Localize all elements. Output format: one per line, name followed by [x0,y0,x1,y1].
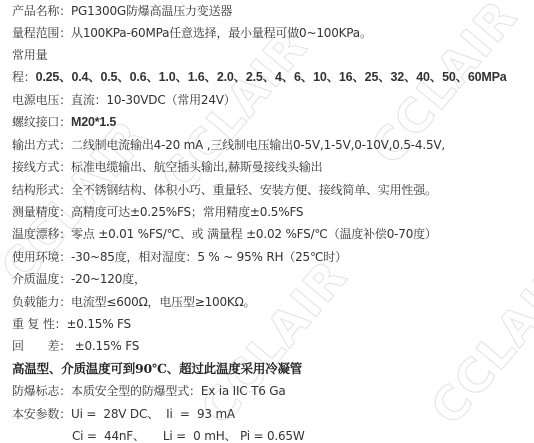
spec-value: 从100KPa-60MPa任意选择，最小量程可做0~100KPa。 [71,26,372,40]
spec-row-intrinsic-params-2: Ci = 44nF、 Li = 0 mH、 Pi = 0.65W [72,424,305,443]
spec-row-accuracy: 测量精度：高精度可达±0.25%FS；常用精度±0.5%FS [12,200,303,224]
spec-label: 产品名称： [12,4,71,18]
spec-label: 重 复 性： [12,317,66,331]
spec-row-structure: 结构形式：全不锈钢结构、体积小巧、重量轻、安装方便、接线简单、实用性强。 [12,178,437,202]
spec-label: 输出方式： [12,138,71,152]
spec-value: 直流：10-30VDC（常用24V） [71,93,236,107]
spec-row-hysteresis: 回 差： ±0.15% FS [12,334,139,358]
spec-value: 二线制电流输出4-20 mA ,三线制电压输出0-5V,1-5V,0-10V,0… [71,138,445,152]
spec-value: 电流型≤600Ω，电压型≥100KΩ。 [71,295,255,309]
spec-row-thread: 螺纹接口：M20*1.5 [12,110,116,134]
spec-value: Ui = 28V DC、 Ii = 93 mA [71,407,235,421]
spec-value: -30~85度，相对湿度：5 % ~ 95% RH（25℃时） [71,250,347,264]
watermark: CCLAIR [420,249,534,435]
spec-row-medium-temp: 介质温度：-20~120度， [12,267,146,291]
spec-row-intrinsic-params-1: 本安参数：Ui = 28V DC、 Ii = 93 mA [12,402,235,426]
spec-value: 标准电缆输出、航空插头输出,赫斯曼接线头输出 [71,160,322,174]
spec-value: 全不锈钢结构、体积小巧、重量轻、安装方便、接线简单、实用性强。 [71,183,437,197]
spec-label: 本安参数： [12,407,71,421]
spec-row-load: 负载能力：电流型≤600Ω，电压型≥100KΩ。 [12,290,255,314]
spec-label: 测量精度： [12,205,71,219]
spec-value: M20*1.5 [71,115,116,129]
spec-row-product-name: 产品名称：PG1300G防爆高温压力变送器 [12,0,232,23]
spec-label: 使用环境： [12,250,71,264]
high-temp-heading: 高温型、介质温度可到90℃、超过此温度采用冷凝管 [12,361,302,376]
spec-label: 温度漂移： [12,227,71,241]
spec-value: ±0.15% FS [71,339,139,353]
spec-value: PG1300G防爆高温压力变送器 [71,4,232,18]
spec-label: 常用量 [12,48,47,62]
spec-row-repeatability: 重 复 性：±0.15% FS [12,312,131,336]
spec-value: 高精度可达±0.25%FS；常用精度±0.5%FS [71,205,303,219]
spec-row-environment: 使用环境：-30~85度，相对湿度：5 % ~ 95% RH（25℃时） [12,245,347,269]
spec-row-temp-drift: 温度漂移：零点 ±0.01 %FS/℃、或 满量程 ±0.02 %FS/℃（温度… [12,222,437,246]
spec-label: 防爆标志： [12,384,71,398]
spec-value: ±0.15% FS [66,317,131,331]
spec-label: 结构形式： [12,183,71,197]
spec-value: 零点 ±0.01 %FS/℃、或 满量程 ±0.02 %FS/℃（温度补偿0-7… [71,227,437,241]
spec-row-output: 输出方式：二线制电流输出4-20 mA ,三线制电压输出0-5V,1-5V,0-… [12,133,445,157]
spec-row-power-supply: 电源电压：直流：10-30VDC（常用24V） [12,88,236,112]
spec-value: 0.25、0.4、0.5、0.6、1.0、1.6、2.0、2.5、4、6、10、… [36,70,507,84]
spec-row-common-range-label: 常用量 [12,43,47,67]
spec-value: Ci = 44nF、 Li = 0 mH、 Pi = 0.65W [72,429,305,443]
spec-label: 接线方式： [12,160,71,174]
spec-row-explosion-mark: 防爆标志：本质安全型的防爆型式：Ex ia IIC T6 Ga [12,379,286,403]
spec-label: 量程范围： [12,26,71,40]
spec-label: 程： [12,70,36,84]
spec-value: -20~120度， [71,272,146,286]
spec-label: 电源电压： [12,93,71,107]
spec-row-wiring: 接线方式：标准电缆输出、航空插头输出,赫斯曼接线头输出 [12,155,322,179]
spec-value: 本质安全型的防爆型式：Ex ia IIC T6 Ga [71,384,286,398]
spec-label: 回 差： [12,339,71,353]
spec-row-high-temp-note: 高温型、介质温度可到90℃、超过此温度采用冷凝管 [12,357,302,381]
spec-row-range: 量程范围：从100KPa-60MPa任意选择，最小量程可做0~100KPa。 [12,21,372,45]
spec-label: 介质温度： [12,272,71,286]
spec-row-common-range-values: 程：0.25、0.4、0.5、0.6、1.0、1.6、2.0、2.5、4、6、1… [12,65,507,89]
spec-label: 负载能力： [12,295,71,309]
spec-label: 螺纹接口： [12,115,71,129]
